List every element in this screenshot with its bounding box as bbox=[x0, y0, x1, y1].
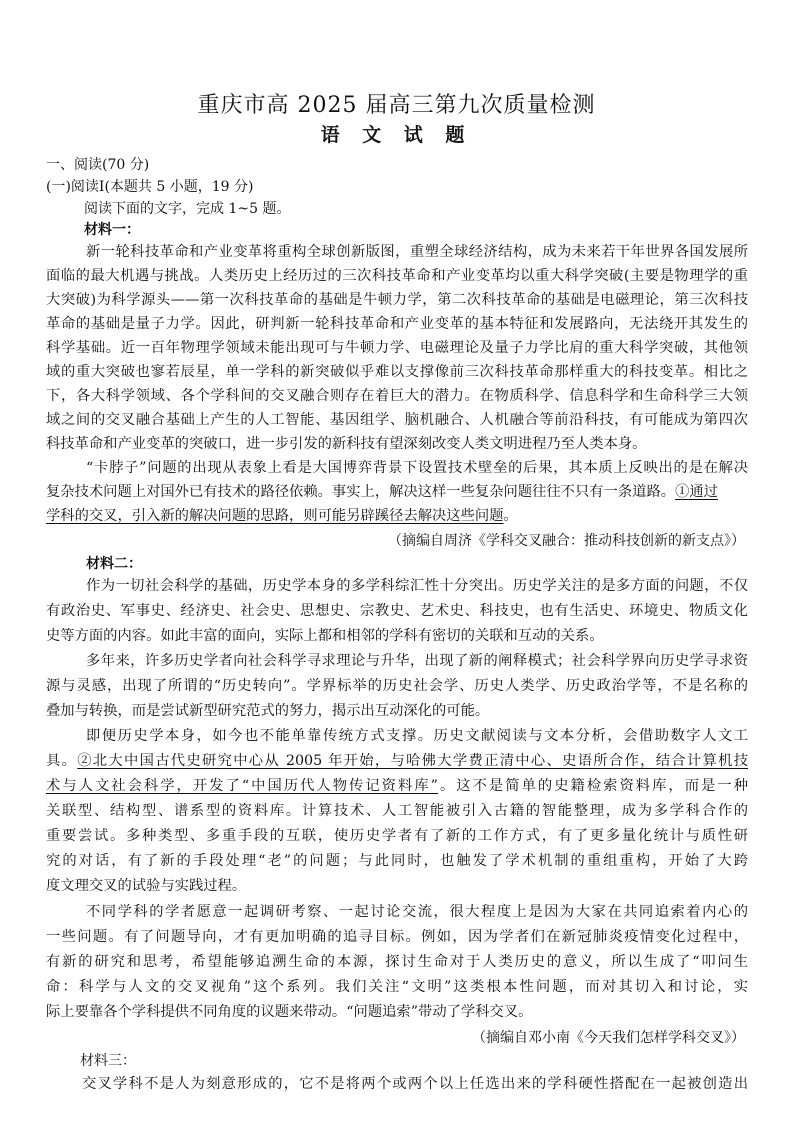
material1-source: （摘编自周济《学科交叉融合：推动科技创新的新支点》） bbox=[388, 530, 745, 550]
text-line: 学科的交叉，引入新的解决问题的思路，则可能另辟蹊径去解决这些问题。 bbox=[46, 506, 748, 526]
text-line: 究的对话，有了新的手段处理“老”的问题；与此同时，也触发了学术机制的重组重构，开… bbox=[46, 851, 748, 871]
text-line: 科技革命和产业变革的突破口，进一步引发的新科技有望深刻改变人类文明进程乃至人类本… bbox=[46, 434, 748, 454]
material2-source: （摘编自邓小南《今天我们怎样学科交叉》） bbox=[472, 1027, 745, 1047]
text-segment: 具。 bbox=[46, 753, 77, 769]
instruction: 阅读下面的文字，完成 1~5 题。 bbox=[84, 198, 290, 218]
text-line: 术与人文社会科学，开发了“中国历代人物传记资料库”。这不是简单的史籍检索资料库，… bbox=[46, 776, 748, 796]
exam-subtitle: 语 文 试 题 bbox=[0, 120, 793, 147]
text-line: 命：科学与人文的交叉视角”这个系列。我们关注“文明”这类根本性问题，而对其切入和… bbox=[46, 977, 748, 997]
text-line: 新一轮科技革命和产业变革将重构全球创新版图，重塑全球经济结构，成为未来若干年世界… bbox=[86, 242, 748, 262]
text-line: 复杂技术问题上对国外已有技术的路径依赖。事实上，解决这样一些复杂问题往往不只有一… bbox=[46, 482, 748, 502]
text-line: 下，各大科学领域、各个学科间的交叉融合则存在着巨大的潜力。在物质科学、信息科学和… bbox=[46, 386, 748, 406]
text-segment: 。 bbox=[504, 508, 518, 524]
text-line: 多年来，许多历史学者向社会科学寻求理论与升华，出现了新的阐释模式；社会科学界向历… bbox=[86, 651, 748, 671]
underlined-sentence-1-cont: 学科的交叉，引入新的解决问题的思路，则可能另辟蹊径去解决这些问题 bbox=[46, 508, 504, 524]
exam-title: 重庆市高 2025 届高三第九次质量检测 bbox=[0, 88, 793, 119]
text-line: 面临的最大机遇与挑战。人类历史上经历过的三次科技革命和产业变革均以重大科学突破(… bbox=[46, 266, 748, 286]
text-line: 度文理交叉的试验与实践过程。 bbox=[46, 876, 748, 896]
text-line: 叠加与转换，而是尝试新型研究范式的努力，揭示出互动深化的可能。 bbox=[46, 701, 748, 721]
text-line: 关联型、结构型、谱系型的资料库。计算技术、人工智能被引入古籍的智能整理，成为多学… bbox=[46, 801, 748, 821]
part-heading: (一)阅读Ⅰ(本题共 5 小题，19 分) bbox=[46, 176, 253, 196]
text-line: 有新的研究和思考，希望能够追溯生命的本源，探讨生命对于人类历史的意义，所以生成了… bbox=[46, 952, 748, 972]
text-segment: 。这不是简单的史籍检索资料库，而是一种 bbox=[438, 778, 748, 794]
text-line: 不同学科的学者愿意一起调研考察、一起讨论交流，很大程度上是因为大家在共同追索着内… bbox=[86, 902, 748, 922]
section-heading: 一、阅读(70 分) bbox=[46, 154, 149, 174]
material2-label: 材料二： bbox=[86, 553, 142, 573]
text-line: 域之间的交叉融合基础上产生的人工智能、基因组学、脑机融合、人机融合等前沿科技，有… bbox=[46, 410, 748, 430]
underlined-sentence-1: ①通过 bbox=[675, 484, 718, 500]
underlined-sentence-2-cont: 术与人文社会科学，开发了“中国历代人物传记资料库” bbox=[46, 778, 438, 794]
material3-label: 材料三： bbox=[80, 1050, 136, 1070]
text-line: 域的重大突破也寥若辰星，单一学科的新突破似乎难以支撑像前三次科技革命那样重大的科… bbox=[46, 362, 748, 382]
text-line: 革命的基础是量子力学。因此，研判新一轮科技革命和产业变革的基本特征和发展路向，无… bbox=[46, 314, 748, 334]
text-line: 源与灵感，出现了所谓的“历史转向”。学界标举的历史社会学、历史人类学、历史政治学… bbox=[46, 676, 748, 696]
text-line: 重要尝试。多种类型、多重手段的互联，使历史学者有了新的工作方式，有了更多量化统计… bbox=[46, 826, 748, 846]
text-line: 科学基础。近一百年物理学领域未能出现可与牛顿力学、电磁理论及量子力学比肩的重大科… bbox=[46, 338, 748, 358]
text-line: 大突破)为科学源头——第一次科技革命的基础是牛顿力学，第二次科技革命的基础是电磁… bbox=[46, 290, 748, 310]
underlined-sentence-2: ②北大中国古代史研究中心从 2005 年开始，与哈佛大学费正清中心、史语所合作，… bbox=[77, 753, 748, 769]
text-line: 作为一切社会科学的基础，历史学本身的多学科综汇性十分突出。历史学关注的是多方面的… bbox=[86, 576, 748, 596]
text-line: 交叉学科不是人为刻意形成的，它不是将两个或两个以上任选出来的学科硬性搭配在一起被… bbox=[82, 1074, 748, 1094]
text-line: 际上要靠各个学科提供不同角度的议题来带动。“问题追索”带动了学科交叉。 bbox=[46, 1002, 748, 1022]
material1-label: 材料一： bbox=[84, 219, 140, 239]
text-line: 一些问题。有了问题导向，才有更加明确的追寻目标。例如，因为学者们在新冠肺炎疫情变… bbox=[46, 927, 748, 947]
text-line: 史等方面的内容。如此丰富的面向，实际上都和相邻的学科有密切的关联和互动的关系。 bbox=[46, 626, 748, 646]
text-line: 即便历史学本身，如今也不能单靠传统方式支撑。历史文献阅读与文本分析，会借助数字人… bbox=[86, 726, 748, 746]
text-line: 具。②北大中国古代史研究中心从 2005 年开始，与哈佛大学费正清中心、史语所合… bbox=[46, 751, 748, 771]
text-line: 有政治史、军事史、经济史、社会史、思想史、宗教史、艺术史、科技史，也有生活史、环… bbox=[46, 601, 748, 621]
text-segment: 复杂技术问题上对国外已有技术的路径依赖。事实上，解决这样一些复杂问题往往不只有一… bbox=[46, 484, 675, 500]
text-line: “卡脖子”问题的出现从表象上看是大国博弈背景下设置技术壁垒的后果，其本质上反映出… bbox=[86, 458, 748, 478]
